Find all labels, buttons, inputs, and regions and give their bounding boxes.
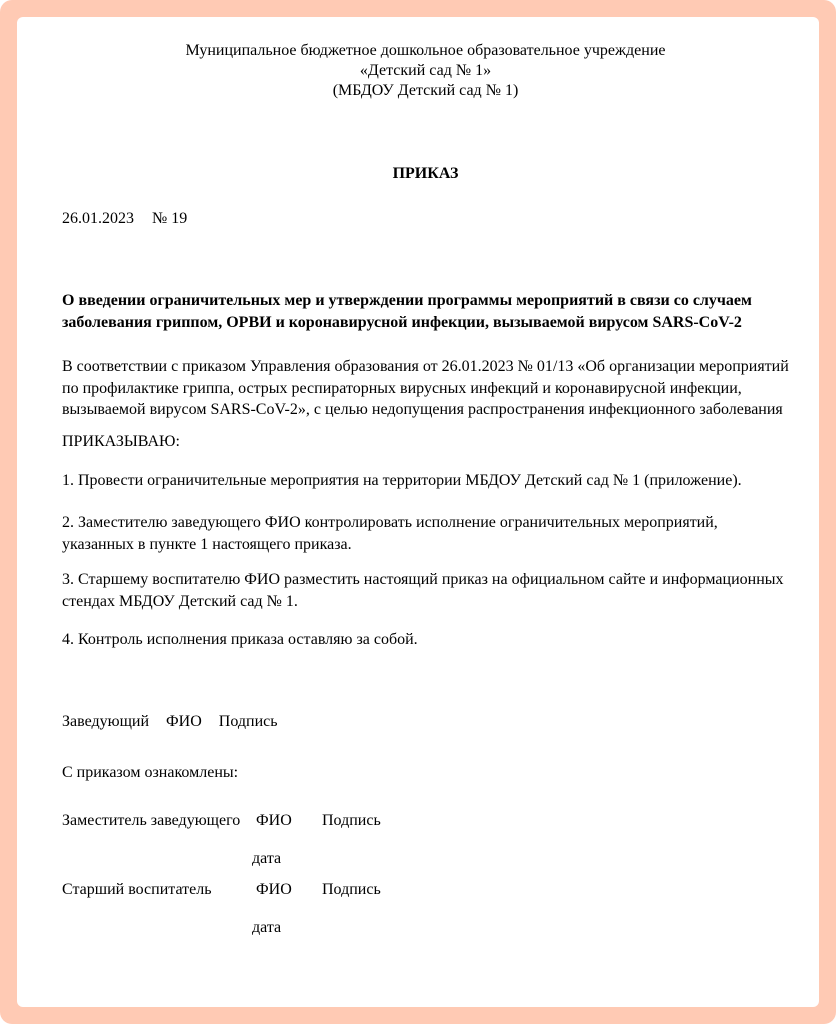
org-name-line-3: (МБДОУ Детский сад № 1) (62, 81, 789, 101)
ack-row: Заместитель заведующего ФИО Подпись (62, 810, 789, 831)
signature-sign: Подпись (322, 881, 381, 898)
signature-sign: Подпись (322, 812, 381, 829)
doc-preamble: В соответствии с приказом Управления обр… (62, 356, 789, 421)
ack-row: Старший воспитатель ФИО Подпись (62, 879, 789, 900)
order-heading: ПРИКАЗЫВАЮ: (62, 431, 789, 452)
ack-heading: С приказом ознакомлены: (62, 762, 789, 783)
doc-subject: О введении ограничительных мер и утвержд… (62, 290, 789, 334)
order-item-4: 4. Контроль исполнения приказа оставляю … (62, 629, 789, 651)
org-name-line-2: «Детский сад № 1» (62, 61, 789, 81)
signature-fio: ФИО (256, 879, 318, 900)
doc-date-line: 26.01.2023 № 19 (62, 208, 789, 229)
doc-date: 26.01.2023 (62, 210, 134, 227)
signature-fio: ФИО (166, 713, 202, 730)
signature-date-row: дата (252, 917, 789, 938)
signature-sign: Подпись (219, 713, 278, 730)
signature-role: Заведующий (62, 713, 149, 730)
org-header: Муниципальное бюджетное дошкольное образ… (62, 41, 789, 101)
signature-role: Старший воспитатель (62, 879, 252, 900)
doc-type-title: ПРИКАЗ (62, 163, 789, 184)
date-label: дата (252, 850, 281, 867)
signature-date-row: дата (252, 848, 789, 869)
doc-number: № 19 (152, 210, 187, 227)
date-label: дата (252, 919, 281, 936)
head-signature-row: Заведующий ФИО Подпись (62, 711, 789, 732)
document-frame: Муниципальное бюджетное дошкольное образ… (0, 0, 836, 1024)
order-item-3: 3. Старшему воспитателю ФИО разместить н… (62, 569, 789, 612)
order-item-1: 1. Провести ограничительные мероприятия … (62, 470, 789, 492)
document-paper: Муниципальное бюджетное дошкольное образ… (17, 17, 819, 1007)
order-item-2: 2. Заместителю заведующего ФИО контролир… (62, 512, 789, 555)
org-name-line-1: Муниципальное бюджетное дошкольное образ… (62, 41, 789, 61)
signature-fio: ФИО (256, 810, 318, 831)
signature-role: Заместитель заведующего (62, 810, 252, 831)
